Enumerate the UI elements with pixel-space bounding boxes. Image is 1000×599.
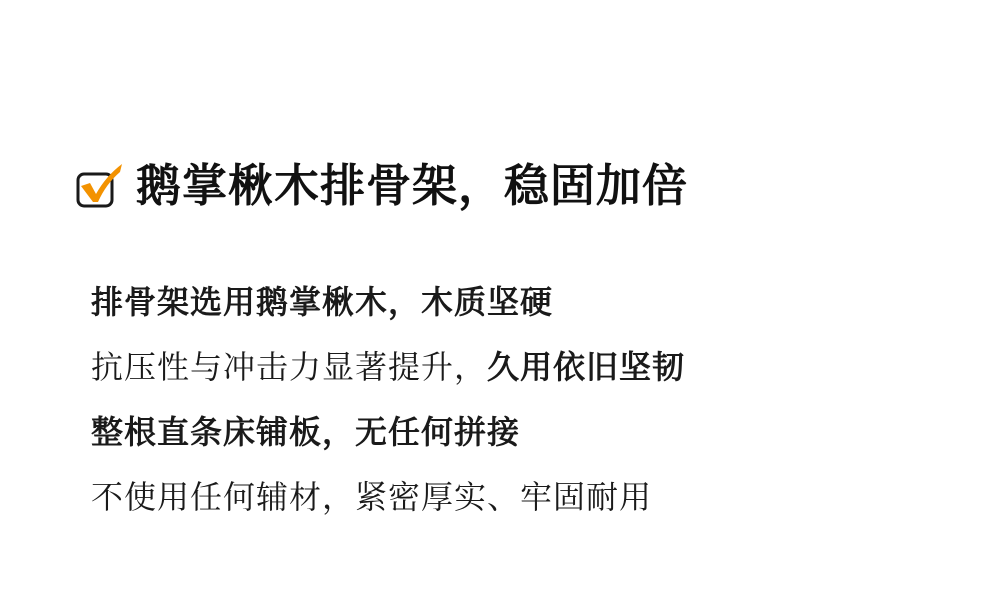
checkbox-checked-icon xyxy=(76,162,124,210)
heading-title: 鹅掌楸木排骨架，稳固加倍 xyxy=(136,156,688,216)
feature-line-2: 抗压性与冲击力显著提升，久用依旧坚韧 xyxy=(91,347,685,387)
feature-text: 排骨架选用鹅掌楸木，木质坚硬 xyxy=(91,283,553,321)
feature-text-highlight: 久用依旧坚韧 xyxy=(487,348,685,386)
feature-text: 整根直条床铺板，无任何拼接 xyxy=(91,413,520,451)
section-heading: 鹅掌楸木排骨架，稳固加倍 xyxy=(76,156,688,216)
feature-line-3: 整根直条床铺板，无任何拼接 xyxy=(91,412,520,452)
feature-line-1: 排骨架选用鹅掌楸木，木质坚硬 xyxy=(91,282,553,322)
feature-text: 不使用任何辅材，紧密厚实、牢固耐用 xyxy=(91,478,652,516)
feature-text: 抗压性与冲击力显著提升， xyxy=(91,348,487,386)
feature-line-4: 不使用任何辅材，紧密厚实、牢固耐用 xyxy=(91,477,652,517)
